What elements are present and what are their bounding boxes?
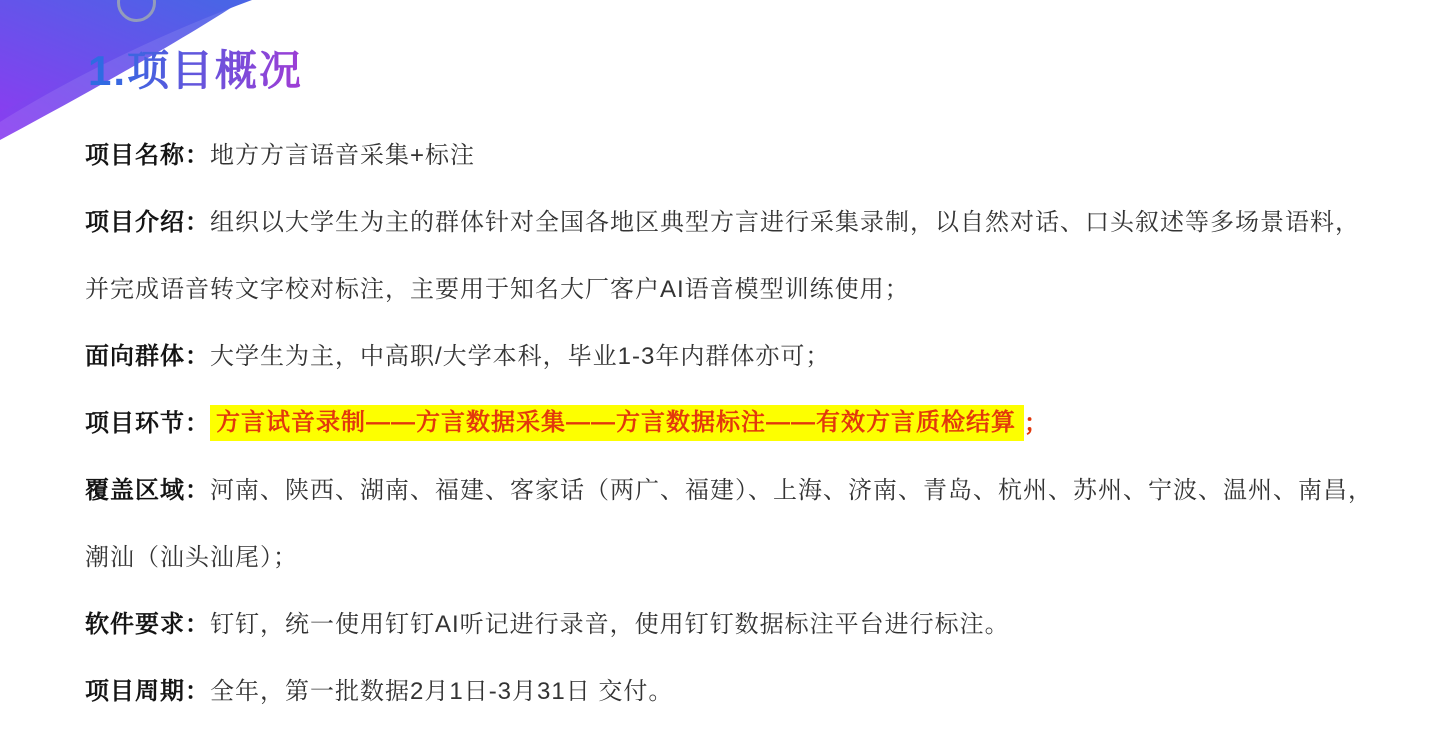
row-project-intro-line1: 项目介绍：组织以大学生为主的群体针对全国各地区典型方言进行采集录制，以自然对话、… <box>85 189 1432 256</box>
field-value-project-intro-line1: 组织以大学生为主的群体针对全国各地区典型方言进行采集录制，以自然对话、口头叙述等… <box>210 209 1360 236</box>
row-project-period: 项目周期：全年，第一批数据2月1日-3月31日 交付。 <box>85 658 1432 725</box>
content-body: 项目名称：地方方言语音采集+标注 项目介绍：组织以大学生为主的群体针对全国各地区… <box>85 122 1432 725</box>
field-value-software-requirement: 钉钉，统一使用钉钉AI听记进行录音，使用钉钉数据标注平台进行标注。 <box>210 611 1010 638</box>
highlighted-stages-text: 方言试音录制——方言数据采集——方言数据标注——有效方言质检结算 <box>210 405 1024 441</box>
field-value-project-name: 地方方言语音采集+标注 <box>210 142 475 169</box>
field-label-target-group: 面向群体： <box>85 343 210 370</box>
field-value-target-group: 大学生为主，中高职/大学本科，毕业1-3年内群体亦可； <box>210 343 830 370</box>
row-coverage-area-line2: 潮汕（汕头汕尾）； <box>85 524 1432 591</box>
field-label-project-period: 项目周期： <box>85 678 210 705</box>
row-target-group: 面向群体：大学生为主，中高职/大学本科，毕业1-3年内群体亦可； <box>85 323 1432 390</box>
field-value-coverage-area-line1: 河南、陕西、湖南、福建、客家话（两广、福建）、上海、济南、青岛、杭州、苏州、宁波… <box>210 477 1373 504</box>
field-label-project-stages: 项目环节： <box>85 410 210 437</box>
row-project-stages: 项目环节：方言试音录制——方言数据采集——方言数据标注——有效方言质检结算； <box>85 390 1432 457</box>
field-value-project-period: 全年，第一批数据2月1日-3月31日 交付。 <box>210 678 673 705</box>
field-value-project-intro-line2: 并完成语音转文字校对标注，主要用于知名大厂客户AI语音模型训练使用； <box>85 276 910 303</box>
document-page: 1.项目概况 项目名称：地方方言语音采集+标注 项目介绍：组织以大学生为主的群体… <box>0 0 1432 754</box>
row-project-intro-line2: 并完成语音转文字校对标注，主要用于知名大厂客户AI语音模型训练使用； <box>85 256 1432 323</box>
page-title: 1.项目概况 <box>88 38 303 98</box>
row-coverage-area-line1: 覆盖区域：河南、陕西、湖南、福建、客家话（两广、福建）、上海、济南、青岛、杭州、… <box>85 457 1432 524</box>
field-value-coverage-area-line2: 潮汕（汕头汕尾）； <box>85 544 298 571</box>
circle-ring-decoration <box>117 0 156 22</box>
row-software-requirement: 软件要求：钉钉，统一使用钉钉AI听记进行录音，使用钉钉数据标注平台进行标注。 <box>85 591 1432 658</box>
stages-suffix: ； <box>1024 410 1049 437</box>
row-project-name: 项目名称：地方方言语音采集+标注 <box>85 122 1432 189</box>
field-label-project-name: 项目名称： <box>85 142 210 169</box>
field-label-coverage-area: 覆盖区域： <box>85 477 210 504</box>
field-label-project-intro: 项目介绍： <box>85 209 210 236</box>
field-label-software-requirement: 软件要求： <box>85 611 210 638</box>
